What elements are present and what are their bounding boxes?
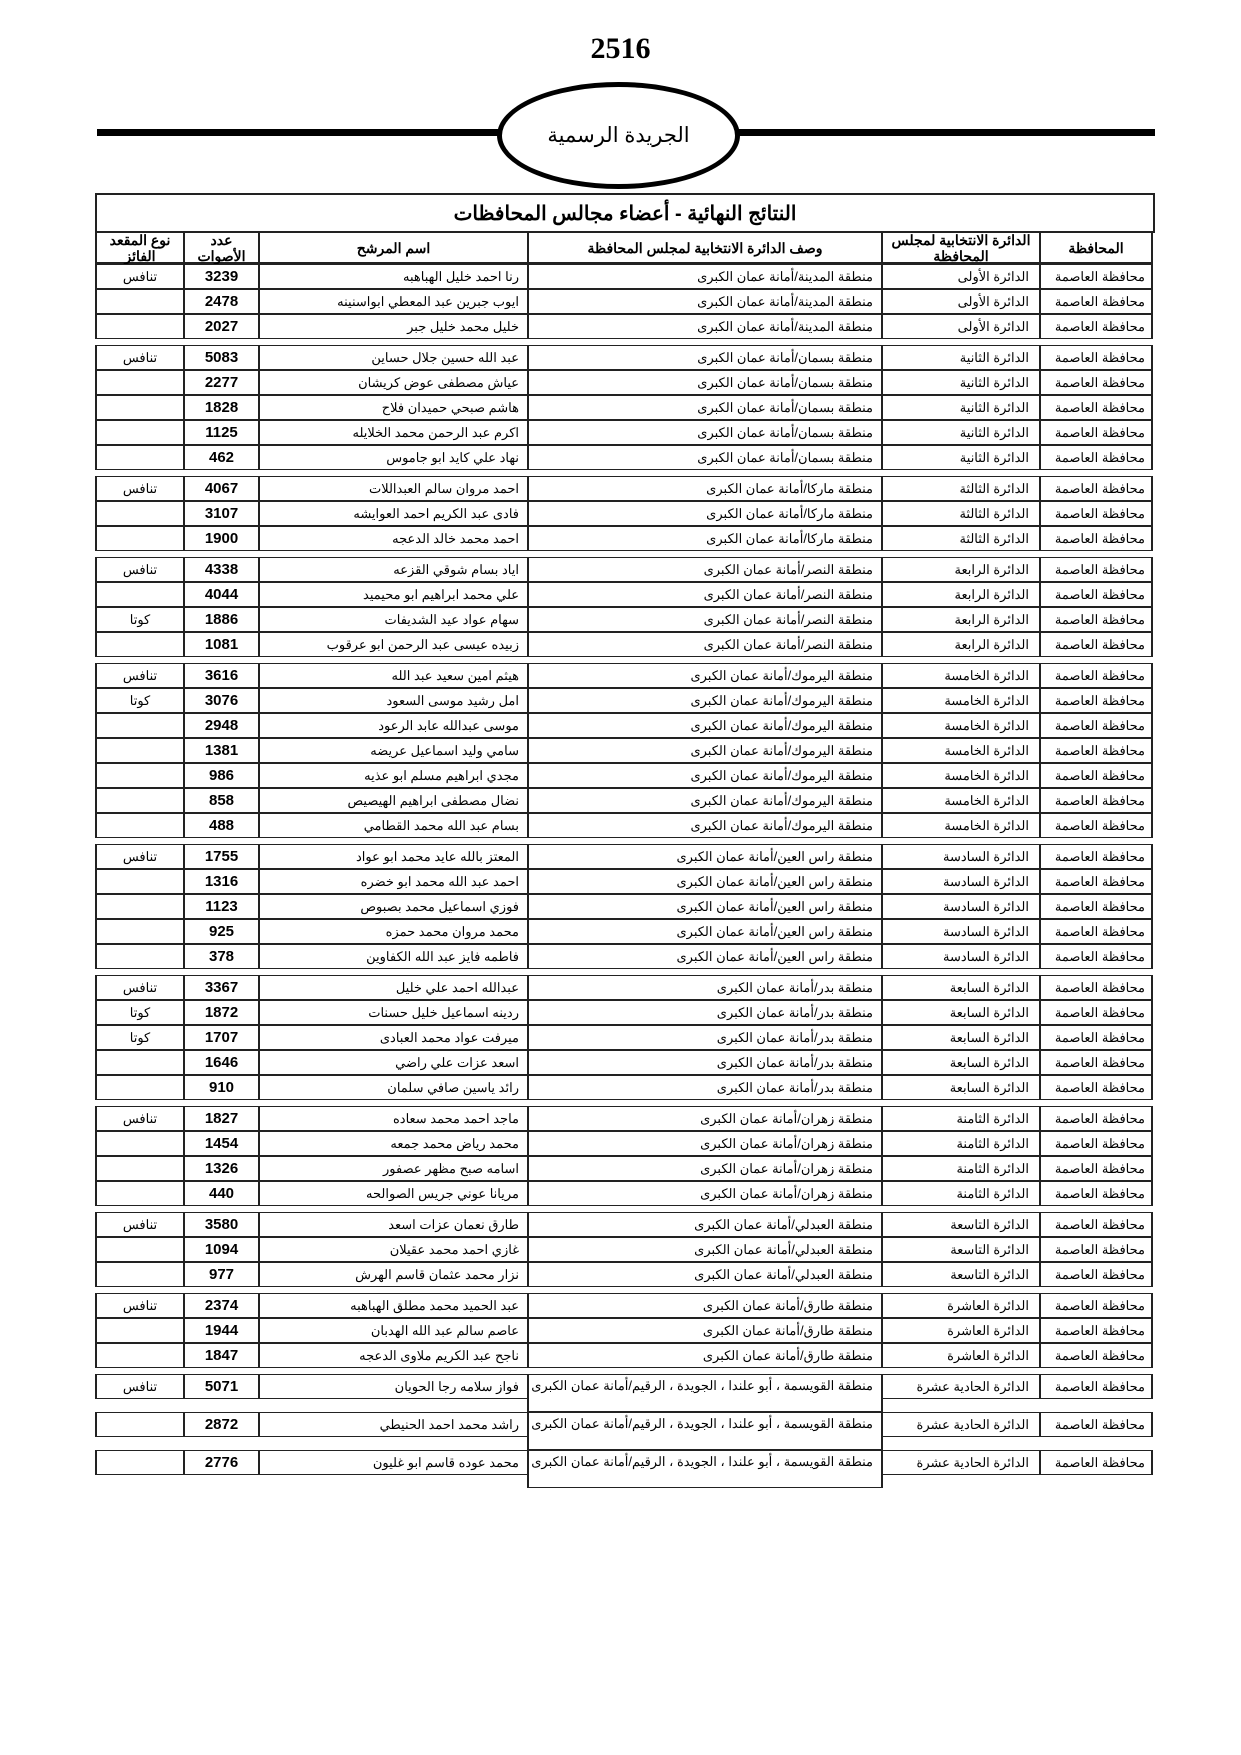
votes-cell: 4067 bbox=[183, 476, 260, 501]
table-row: تنافس3367عبدالله احمد علي خليلمنطقة بدر/… bbox=[95, 975, 1153, 1000]
table-row: 2948موسى عبدالله عابد الرعودمنطقة اليرمو… bbox=[95, 713, 1153, 738]
governorate-cell: محافظة العاصمة bbox=[1039, 788, 1153, 813]
governorate-cell: محافظة العاصمة bbox=[1039, 345, 1153, 370]
candidate-name-cell: هاشم صبحي حميدان فلاح bbox=[258, 395, 529, 420]
district-description-cell: منطقة راس العين/أمانة عمان الكبرى bbox=[527, 944, 883, 969]
votes-cell: 2277 bbox=[183, 370, 260, 395]
governorate-cell: محافظة العاصمة bbox=[1039, 1412, 1153, 1437]
votes-cell: 3076 bbox=[183, 688, 260, 713]
votes-cell: 2948 bbox=[183, 713, 260, 738]
seat-type-cell bbox=[95, 1343, 185, 1368]
candidate-name-cell: مريانا عوني جريس الصوالحه bbox=[258, 1181, 529, 1206]
district-cell: الدائرة السادسة bbox=[881, 844, 1041, 869]
district-description-cell: منطقة ماركا/أمانة عمان الكبرى bbox=[527, 526, 883, 551]
district-cell: الدائرة الثامنة bbox=[881, 1156, 1041, 1181]
seat-type-cell bbox=[95, 1318, 185, 1343]
governorate-cell: محافظة العاصمة bbox=[1039, 1237, 1153, 1262]
candidate-name-cell: ناجح عبد الكريم ملاوى الدعجه bbox=[258, 1343, 529, 1368]
column-header-candidate-name: اسم المرشح bbox=[258, 231, 529, 264]
district-description-cell: منطقة القويسمة ، أبو علندا ، الجويدة ، ا… bbox=[527, 1450, 883, 1488]
district-cell: الدائرة الثانية bbox=[881, 420, 1041, 445]
votes-cell: 1123 bbox=[183, 894, 260, 919]
candidate-name-cell: ردينه اسماعيل خليل حسنات bbox=[258, 1000, 529, 1025]
seat-type-cell: تنافس bbox=[95, 663, 185, 688]
seat-type-cell bbox=[95, 1181, 185, 1206]
governorate-cell: محافظة العاصمة bbox=[1039, 1293, 1153, 1318]
gazette-title: الجريدة الرسمية bbox=[547, 123, 689, 148]
governorate-cell: محافظة العاصمة bbox=[1039, 919, 1153, 944]
votes-cell: 977 bbox=[183, 1262, 260, 1287]
governorate-cell: محافظة العاصمة bbox=[1039, 688, 1153, 713]
governorate-cell: محافظة العاصمة bbox=[1039, 663, 1153, 688]
district-description-cell: منطقة بدر/أمانة عمان الكبرى bbox=[527, 1025, 883, 1050]
seat-type-cell: تنافس bbox=[95, 1212, 185, 1237]
votes-cell: 1847 bbox=[183, 1343, 260, 1368]
governorate-cell: محافظة العاصمة bbox=[1039, 420, 1153, 445]
governorate-cell: محافظة العاصمة bbox=[1039, 763, 1153, 788]
seat-type-cell bbox=[95, 1131, 185, 1156]
district-cell: الدائرة الثامنة bbox=[881, 1181, 1041, 1206]
candidate-name-cell: احمد مروان سالم العبداللات bbox=[258, 476, 529, 501]
votes-cell: 858 bbox=[183, 788, 260, 813]
table-row: 4044علي محمد ابراهيم ابو محيميدمنطقة الن… bbox=[95, 582, 1153, 607]
governorate-cell: محافظة العاصمة bbox=[1039, 264, 1153, 289]
seat-type-cell bbox=[95, 526, 185, 551]
governorate-cell: محافظة العاصمة bbox=[1039, 1000, 1153, 1025]
district-description-cell: منطقة بدر/أمانة عمان الكبرى bbox=[527, 1075, 883, 1100]
seat-type-cell bbox=[95, 420, 185, 445]
votes-cell: 2027 bbox=[183, 314, 260, 339]
governorate-cell: محافظة العاصمة bbox=[1039, 1050, 1153, 1075]
votes-cell: 1125 bbox=[183, 420, 260, 445]
table-row: 1847ناجح عبد الكريم ملاوى الدعجهمنطقة طا… bbox=[95, 1343, 1153, 1368]
votes-cell: 1828 bbox=[183, 395, 260, 420]
gazette-title-ellipse: الجريدة الرسمية bbox=[497, 82, 740, 189]
votes-cell: 3239 bbox=[183, 264, 260, 289]
district-cell: الدائرة الرابعة bbox=[881, 607, 1041, 632]
votes-cell: 488 bbox=[183, 813, 260, 838]
governorate-cell: محافظة العاصمة bbox=[1039, 1262, 1153, 1287]
table-row: 2776محمد عوده قاسم ابو غليونمنطقة القويس… bbox=[95, 1450, 1153, 1475]
district-cell: الدائرة التاسعة bbox=[881, 1262, 1041, 1287]
votes-cell: 910 bbox=[183, 1075, 260, 1100]
district-description-cell: منطقة العبدلي/أمانة عمان الكبرى bbox=[527, 1212, 883, 1237]
district-description-cell: منطقة طارق/أمانة عمان الكبرى bbox=[527, 1293, 883, 1318]
district-description-cell: منطقة اليرموك/أمانة عمان الكبرى bbox=[527, 813, 883, 838]
district-cell: الدائرة التاسعة bbox=[881, 1237, 1041, 1262]
district-description-cell: منطقة زهران/أمانة عمان الكبرى bbox=[527, 1181, 883, 1206]
district-cell: الدائرة الخامسة bbox=[881, 738, 1041, 763]
governorate-cell: محافظة العاصمة bbox=[1039, 526, 1153, 551]
district-description-cell: منطقة بسمان/أمانة عمان الكبرى bbox=[527, 370, 883, 395]
seat-type-cell: تنافس bbox=[95, 844, 185, 869]
district-cell: الدائرة الثانية bbox=[881, 445, 1041, 470]
candidate-name-cell: بسام عبد الله محمد القطامي bbox=[258, 813, 529, 838]
votes-cell: 1316 bbox=[183, 869, 260, 894]
district-cell: الدائرة الحادية عشرة bbox=[881, 1374, 1041, 1399]
district-description-cell: منطقة النصر/أمانة عمان الكبرى bbox=[527, 607, 883, 632]
seat-type-cell: كوتا bbox=[95, 607, 185, 632]
district-cell: الدائرة العاشرة bbox=[881, 1343, 1041, 1368]
candidate-name-cell: فادى عبد الكريم احمد العوايشه bbox=[258, 501, 529, 526]
district-description-cell: منطقة ماركا/أمانة عمان الكبرى bbox=[527, 476, 883, 501]
candidate-name-cell: المعتز بالله عايد محمد ابو عواد bbox=[258, 844, 529, 869]
candidate-name-cell: اسعد عزات علي راضي bbox=[258, 1050, 529, 1075]
district-description-cell: منطقة القويسمة ، أبو علندا ، الجويدة ، ا… bbox=[527, 1412, 883, 1450]
votes-cell: 5083 bbox=[183, 345, 260, 370]
seat-type-cell bbox=[95, 582, 185, 607]
district-cell: الدائرة السابعة bbox=[881, 975, 1041, 1000]
table-row: تنافس4338اياد بسام شوقي القزعهمنطقة النص… bbox=[95, 557, 1153, 582]
candidate-name-cell: احمد محمد خالد الدعجه bbox=[258, 526, 529, 551]
page-number: 2516 bbox=[0, 32, 1241, 66]
district-cell: الدائرة الثالثة bbox=[881, 501, 1041, 526]
votes-cell: 1646 bbox=[183, 1050, 260, 1075]
candidate-name-cell: طارق نعمان عزات اسعد bbox=[258, 1212, 529, 1237]
district-description-cell: منطقة اليرموك/أمانة عمان الكبرى bbox=[527, 663, 883, 688]
votes-cell: 2776 bbox=[183, 1450, 260, 1475]
votes-cell: 3107 bbox=[183, 501, 260, 526]
table-row: 2872راشد محمد احمد الحنيطيمنطقة القويسمة… bbox=[95, 1412, 1153, 1437]
district-cell: الدائرة الثانية bbox=[881, 370, 1041, 395]
table-row: تنافس5071فواز سلامه رجا الحويانمنطقة الق… bbox=[95, 1374, 1153, 1399]
district-description-cell: منطقة بسمان/أمانة عمان الكبرى bbox=[527, 345, 883, 370]
table-title: النتائج النهائية - أعضاء مجالس المحافظات bbox=[95, 193, 1155, 233]
table-row: 1828هاشم صبحي حميدان فلاحمنطقة بسمان/أما… bbox=[95, 395, 1153, 420]
seat-type-cell bbox=[95, 1075, 185, 1100]
seat-type-cell bbox=[95, 289, 185, 314]
district-cell: الدائرة السابعة bbox=[881, 1075, 1041, 1100]
candidate-name-cell: اسامه صبح مظهر عصفور bbox=[258, 1156, 529, 1181]
district-description-cell: منطقة راس العين/أمانة عمان الكبرى bbox=[527, 869, 883, 894]
candidate-name-cell: عبد الحميد محمد مطلق الهباهبه bbox=[258, 1293, 529, 1318]
district-description-cell: منطقة ماركا/أمانة عمان الكبرى bbox=[527, 501, 883, 526]
seat-type-cell bbox=[95, 763, 185, 788]
seat-type-cell bbox=[95, 501, 185, 526]
seat-type-cell bbox=[95, 919, 185, 944]
candidate-name-cell: عبد الله حسين جلال حساين bbox=[258, 345, 529, 370]
governorate-cell: محافظة العاصمة bbox=[1039, 1450, 1153, 1475]
seat-type-cell: تنافس bbox=[95, 345, 185, 370]
district-description-cell: منطقة راس العين/أمانة عمان الكبرى bbox=[527, 844, 883, 869]
table-row: 1944عاصم سالم عبد الله الهدبانمنطقة طارق… bbox=[95, 1318, 1153, 1343]
seat-type-cell: تنافس bbox=[95, 1293, 185, 1318]
candidate-name-cell: علي محمد ابراهيم ابو محيميد bbox=[258, 582, 529, 607]
district-cell: الدائرة الخامسة bbox=[881, 713, 1041, 738]
governorate-cell: محافظة العاصمة bbox=[1039, 1075, 1153, 1100]
votes-cell: 1900 bbox=[183, 526, 260, 551]
governorate-cell: محافظة العاصمة bbox=[1039, 713, 1153, 738]
candidate-name-cell: عبدالله احمد علي خليل bbox=[258, 975, 529, 1000]
district-description-cell: منطقة اليرموك/أمانة عمان الكبرى bbox=[527, 738, 883, 763]
table-row: 1316احمد عبد الله محمد ابو خضرهمنطقة راس… bbox=[95, 869, 1153, 894]
candidate-name-cell: امل رشيد موسى السعود bbox=[258, 688, 529, 713]
table-row: 462نهاد علي كايد ابو جاموسمنطقة بسمان/أم… bbox=[95, 445, 1153, 470]
governorate-cell: محافظة العاصمة bbox=[1039, 813, 1153, 838]
district-description-cell: منطقة راس العين/أمانة عمان الكبرى bbox=[527, 919, 883, 944]
seat-type-cell: تنافس bbox=[95, 1106, 185, 1131]
seat-type-cell bbox=[95, 813, 185, 838]
district-cell: الدائرة الرابعة bbox=[881, 557, 1041, 582]
district-cell: الدائرة العاشرة bbox=[881, 1293, 1041, 1318]
votes-cell: 2374 bbox=[183, 1293, 260, 1318]
seat-type-cell bbox=[95, 1156, 185, 1181]
governorate-cell: محافظة العاصمة bbox=[1039, 1025, 1153, 1050]
governorate-cell: محافظة العاصمة bbox=[1039, 1374, 1153, 1399]
seat-type-cell bbox=[95, 788, 185, 813]
candidate-name-cell: راشد محمد احمد الحنيطي bbox=[258, 1412, 529, 1437]
votes-cell: 1094 bbox=[183, 1237, 260, 1262]
table-row: تنافس2374عبد الحميد محمد مطلق الهباهبهمن… bbox=[95, 1293, 1153, 1318]
candidate-name-cell: محمد مروان محمد حمزه bbox=[258, 919, 529, 944]
votes-cell: 1944 bbox=[183, 1318, 260, 1343]
governorate-cell: محافظة العاصمة bbox=[1039, 1156, 1153, 1181]
votes-cell: 2872 bbox=[183, 1412, 260, 1437]
district-description-cell: منطقة زهران/أمانة عمان الكبرى bbox=[527, 1131, 883, 1156]
seat-type-cell bbox=[95, 894, 185, 919]
table-row: 1381سامي وليد اسماعيل عريضهمنطقة اليرموك… bbox=[95, 738, 1153, 763]
candidate-name-cell: محمد عوده قاسم ابو غليون bbox=[258, 1450, 529, 1475]
table-row: 378فاطمه فايز عبد الله الكفاوينمنطقة راس… bbox=[95, 944, 1153, 969]
governorate-cell: محافظة العاصمة bbox=[1039, 1106, 1153, 1131]
table-row: 1900احمد محمد خالد الدعجهمنطقة ماركا/أما… bbox=[95, 526, 1153, 551]
votes-cell: 440 bbox=[183, 1181, 260, 1206]
column-header-governorate: المحافظة bbox=[1039, 231, 1153, 264]
district-cell: الدائرة الثامنة bbox=[881, 1106, 1041, 1131]
district-description-cell: منطقة طارق/أمانة عمان الكبرى bbox=[527, 1318, 883, 1343]
table-row: 2277عياش مصطفى عوض كريشانمنطقة بسمان/أما… bbox=[95, 370, 1153, 395]
governorate-cell: محافظة العاصمة bbox=[1039, 314, 1153, 339]
district-description-cell: منطقة بدر/أمانة عمان الكبرى bbox=[527, 975, 883, 1000]
governorate-cell: محافظة العاصمة bbox=[1039, 975, 1153, 1000]
governorate-cell: محافظة العاصمة bbox=[1039, 582, 1153, 607]
candidate-name-cell: ميرفت عواد محمد العبادى bbox=[258, 1025, 529, 1050]
governorate-cell: محافظة العاصمة bbox=[1039, 445, 1153, 470]
district-cell: الدائرة الأولى bbox=[881, 314, 1041, 339]
seat-type-cell bbox=[95, 632, 185, 657]
governorate-cell: محافظة العاصمة bbox=[1039, 738, 1153, 763]
district-cell: الدائرة الثالثة bbox=[881, 526, 1041, 551]
seat-type-cell: كوتا bbox=[95, 1025, 185, 1050]
table-row: 488بسام عبد الله محمد القطاميمنطقة اليرم… bbox=[95, 813, 1153, 838]
district-cell: الدائرة السابعة bbox=[881, 1025, 1041, 1050]
table-row: تنافس4067احمد مروان سالم العبداللاتمنطقة… bbox=[95, 476, 1153, 501]
district-description-cell: منطقة راس العين/أمانة عمان الكبرى bbox=[527, 894, 883, 919]
candidate-name-cell: اياد بسام شوقي القزعه bbox=[258, 557, 529, 582]
table-row: كوتا1872ردينه اسماعيل خليل حسناتمنطقة بد… bbox=[95, 1000, 1153, 1025]
district-cell: الدائرة الثالثة bbox=[881, 476, 1041, 501]
table-row: كوتا1886سهام عواد عيد الشديفاتمنطقة النص… bbox=[95, 607, 1153, 632]
district-description-cell: منطقة بدر/أمانة عمان الكبرى bbox=[527, 1050, 883, 1075]
table-row: 986مجدي ابراهيم مسلم ابو عذيهمنطقة اليرم… bbox=[95, 763, 1153, 788]
table-row: تنافس3239رنا احمد خليل الهباهبهمنطقة الم… bbox=[95, 264, 1153, 289]
seat-type-cell: تنافس bbox=[95, 476, 185, 501]
governorate-cell: محافظة العاصمة bbox=[1039, 501, 1153, 526]
district-cell: الدائرة الأولى bbox=[881, 289, 1041, 314]
district-description-cell: منطقة زهران/أمانة عمان الكبرى bbox=[527, 1106, 883, 1131]
column-header-seat-type: نوع المقعد الفائز bbox=[95, 231, 185, 264]
candidate-name-cell: نهاد علي كايد ابو جاموس bbox=[258, 445, 529, 470]
votes-cell: 3616 bbox=[183, 663, 260, 688]
table-row: 925محمد مروان محمد حمزهمنطقة راس العين/أ… bbox=[95, 919, 1153, 944]
candidate-name-cell: مجدي ابراهيم مسلم ابو عذيه bbox=[258, 763, 529, 788]
table-row: 2027خليل محمد خليل جبرمنطقة المدينة/أمان… bbox=[95, 314, 1153, 339]
seat-type-cell: كوتا bbox=[95, 688, 185, 713]
candidate-name-cell: زبيده عيسى عبد الرحمن ابو عرقوب bbox=[258, 632, 529, 657]
district-cell: الدائرة السابعة bbox=[881, 1000, 1041, 1025]
district-description-cell: منطقة اليرموك/أمانة عمان الكبرى bbox=[527, 713, 883, 738]
candidate-name-cell: رنا احمد خليل الهباهبه bbox=[258, 264, 529, 289]
candidate-name-cell: موسى عبدالله عابد الرعود bbox=[258, 713, 529, 738]
candidate-name-cell: احمد عبد الله محمد ابو خضره bbox=[258, 869, 529, 894]
votes-cell: 986 bbox=[183, 763, 260, 788]
governorate-cell: محافظة العاصمة bbox=[1039, 289, 1153, 314]
table-row: 1094غازي احمد محمد عقيلانمنطقة العبدلي/أ… bbox=[95, 1237, 1153, 1262]
votes-cell: 1872 bbox=[183, 1000, 260, 1025]
header-rule-left bbox=[97, 129, 499, 136]
district-description-cell: منطقة النصر/أمانة عمان الكبرى bbox=[527, 582, 883, 607]
votes-cell: 1755 bbox=[183, 844, 260, 869]
column-header-district: الدائرة الانتخابية لمجلس المحافظة bbox=[881, 231, 1041, 264]
district-cell: الدائرة الحادية عشرة bbox=[881, 1450, 1041, 1475]
seat-type-cell bbox=[95, 1237, 185, 1262]
district-cell: الدائرة الخامسة bbox=[881, 813, 1041, 838]
district-cell: الدائرة السادسة bbox=[881, 944, 1041, 969]
district-cell: الدائرة السابعة bbox=[881, 1050, 1041, 1075]
column-header-votes: عدد الأصوات bbox=[183, 231, 260, 264]
governorate-cell: محافظة العاصمة bbox=[1039, 1181, 1153, 1206]
candidate-name-cell: اكرم عبد الرحمن محمد الخلايله bbox=[258, 420, 529, 445]
district-description-cell: منطقة العبدلي/أمانة عمان الكبرى bbox=[527, 1237, 883, 1262]
candidate-name-cell: خليل محمد خليل جبر bbox=[258, 314, 529, 339]
candidate-name-cell: ايوب جبرين عبد المعطي ابواسنينه bbox=[258, 289, 529, 314]
table-row: تنافس5083عبد الله حسين جلال حساينمنطقة ب… bbox=[95, 345, 1153, 370]
votes-cell: 3367 bbox=[183, 975, 260, 1000]
candidate-name-cell: عاصم سالم عبد الله الهدبان bbox=[258, 1318, 529, 1343]
votes-cell: 1707 bbox=[183, 1025, 260, 1050]
district-description-cell: منطقة النصر/أمانة عمان الكبرى bbox=[527, 557, 883, 582]
table-row: تنافس3616هيثم امين سعيد عبد اللهمنطقة ال… bbox=[95, 663, 1153, 688]
seat-type-cell bbox=[95, 869, 185, 894]
votes-cell: 1886 bbox=[183, 607, 260, 632]
table-row: 440مريانا عوني جريس الصوالحهمنطقة زهران/… bbox=[95, 1181, 1153, 1206]
candidate-name-cell: ماجد احمد محمد سعاده bbox=[258, 1106, 529, 1131]
votes-cell: 378 bbox=[183, 944, 260, 969]
governorate-cell: محافظة العاصمة bbox=[1039, 1343, 1153, 1368]
table-row: 1454محمد رياض محمد جمعهمنطقة زهران/أمانة… bbox=[95, 1131, 1153, 1156]
seat-type-cell: تنافس bbox=[95, 264, 185, 289]
table-row: كوتا1707ميرفت عواد محمد العبادىمنطقة بدر… bbox=[95, 1025, 1153, 1050]
governorate-cell: محافظة العاصمة bbox=[1039, 395, 1153, 420]
candidate-name-cell: سهام عواد عيد الشديفات bbox=[258, 607, 529, 632]
district-description-cell: منطقة العبدلي/أمانة عمان الكبرى bbox=[527, 1262, 883, 1287]
seat-type-cell bbox=[95, 944, 185, 969]
governorate-cell: محافظة العاصمة bbox=[1039, 894, 1153, 919]
table-row: تنافس1755المعتز بالله عايد محمد ابو عواد… bbox=[95, 844, 1153, 869]
candidate-name-cell: نزار محمد عثمان قاسم الهرش bbox=[258, 1262, 529, 1287]
district-cell: الدائرة الرابعة bbox=[881, 582, 1041, 607]
seat-type-cell: تنافس bbox=[95, 557, 185, 582]
district-description-cell: منطقة بسمان/أمانة عمان الكبرى bbox=[527, 395, 883, 420]
votes-cell: 462 bbox=[183, 445, 260, 470]
votes-cell: 1081 bbox=[183, 632, 260, 657]
seat-type-cell: تنافس bbox=[95, 1374, 185, 1399]
votes-cell: 2478 bbox=[183, 289, 260, 314]
district-description-cell: منطقة اليرموك/أمانة عمان الكبرى bbox=[527, 788, 883, 813]
district-description-cell: منطقة القويسمة ، أبو علندا ، الجويدة ، ا… bbox=[527, 1374, 883, 1412]
votes-cell: 925 bbox=[183, 919, 260, 944]
district-cell: الدائرة الثانية bbox=[881, 395, 1041, 420]
candidate-name-cell: محمد رياض محمد جمعه bbox=[258, 1131, 529, 1156]
table-row: 1125اكرم عبد الرحمن محمد الخلايلهمنطقة ب… bbox=[95, 420, 1153, 445]
table-row: 1081زبيده عيسى عبد الرحمن ابو عرقوبمنطقة… bbox=[95, 632, 1153, 657]
votes-cell: 3580 bbox=[183, 1212, 260, 1237]
candidate-name-cell: فوزي اسماعيل محمد بصبوص bbox=[258, 894, 529, 919]
district-cell: الدائرة السادسة bbox=[881, 869, 1041, 894]
district-cell: الدائرة الثانية bbox=[881, 345, 1041, 370]
candidate-name-cell: سامي وليد اسماعيل عريضه bbox=[258, 738, 529, 763]
district-cell: الدائرة الرابعة bbox=[881, 632, 1041, 657]
candidate-name-cell: عياش مصطفى عوض كريشان bbox=[258, 370, 529, 395]
votes-cell: 4044 bbox=[183, 582, 260, 607]
votes-cell: 1381 bbox=[183, 738, 260, 763]
votes-cell: 1454 bbox=[183, 1131, 260, 1156]
district-description-cell: منطقة زهران/أمانة عمان الكبرى bbox=[527, 1156, 883, 1181]
district-cell: الدائرة الخامسة bbox=[881, 788, 1041, 813]
district-description-cell: منطقة المدينة/أمانة عمان الكبرى bbox=[527, 264, 883, 289]
table-row: 2478ايوب جبرين عبد المعطي ابواسنينهمنطقة… bbox=[95, 289, 1153, 314]
district-description-cell: منطقة اليرموك/أمانة عمان الكبرى bbox=[527, 763, 883, 788]
seat-type-cell bbox=[95, 1050, 185, 1075]
candidate-name-cell: رائد ياسين صافي سلمان bbox=[258, 1075, 529, 1100]
governorate-cell: محافظة العاصمة bbox=[1039, 476, 1153, 501]
seat-type-cell bbox=[95, 314, 185, 339]
candidate-name-cell: هيثم امين سعيد عبد الله bbox=[258, 663, 529, 688]
seat-type-cell: تنافس bbox=[95, 975, 185, 1000]
seat-type-cell bbox=[95, 1450, 185, 1475]
district-description-cell: منطقة النصر/أمانة عمان الكبرى bbox=[527, 632, 883, 657]
candidate-name-cell: فواز سلامه رجا الحويان bbox=[258, 1374, 529, 1399]
candidate-name-cell: فاطمه فايز عبد الله الكفاوين bbox=[258, 944, 529, 969]
governorate-cell: محافظة العاصمة bbox=[1039, 844, 1153, 869]
votes-cell: 1827 bbox=[183, 1106, 260, 1131]
governorate-cell: محافظة العاصمة bbox=[1039, 944, 1153, 969]
table-row: تنافس1827ماجد احمد محمد سعادهمنطقة زهران… bbox=[95, 1106, 1153, 1131]
column-header-district-description: وصف الدائرة الانتخابية لمجلس المحافظة bbox=[527, 231, 883, 264]
seat-type-cell bbox=[95, 445, 185, 470]
candidate-name-cell: غازي احمد محمد عقيلان bbox=[258, 1237, 529, 1262]
seat-type-cell bbox=[95, 370, 185, 395]
votes-cell: 5071 bbox=[183, 1374, 260, 1399]
table-row: 1646اسعد عزات علي راضيمنطقة بدر/أمانة عم… bbox=[95, 1050, 1153, 1075]
governorate-cell: محافظة العاصمة bbox=[1039, 869, 1153, 894]
table-row: تنافس3580طارق نعمان عزات اسعدمنطقة العبد… bbox=[95, 1212, 1153, 1237]
candidate-name-cell: نضال مصطفى ابراهيم الهيصيص bbox=[258, 788, 529, 813]
governorate-cell: محافظة العاصمة bbox=[1039, 1131, 1153, 1156]
seat-type-cell bbox=[95, 1262, 185, 1287]
table-row: 977نزار محمد عثمان قاسم الهرشمنطقة العبد… bbox=[95, 1262, 1153, 1287]
seat-type-cell bbox=[95, 1412, 185, 1437]
governorate-cell: محافظة العاصمة bbox=[1039, 557, 1153, 582]
district-cell: الدائرة الخامسة bbox=[881, 688, 1041, 713]
district-cell: الدائرة الأولى bbox=[881, 264, 1041, 289]
district-cell: الدائرة الخامسة bbox=[881, 663, 1041, 688]
governorate-cell: محافظة العاصمة bbox=[1039, 1318, 1153, 1343]
district-description-cell: منطقة بسمان/أمانة عمان الكبرى bbox=[527, 445, 883, 470]
header-rule-right bbox=[734, 129, 1155, 136]
district-description-cell: منطقة اليرموك/أمانة عمان الكبرى bbox=[527, 688, 883, 713]
district-description-cell: منطقة بدر/أمانة عمان الكبرى bbox=[527, 1000, 883, 1025]
